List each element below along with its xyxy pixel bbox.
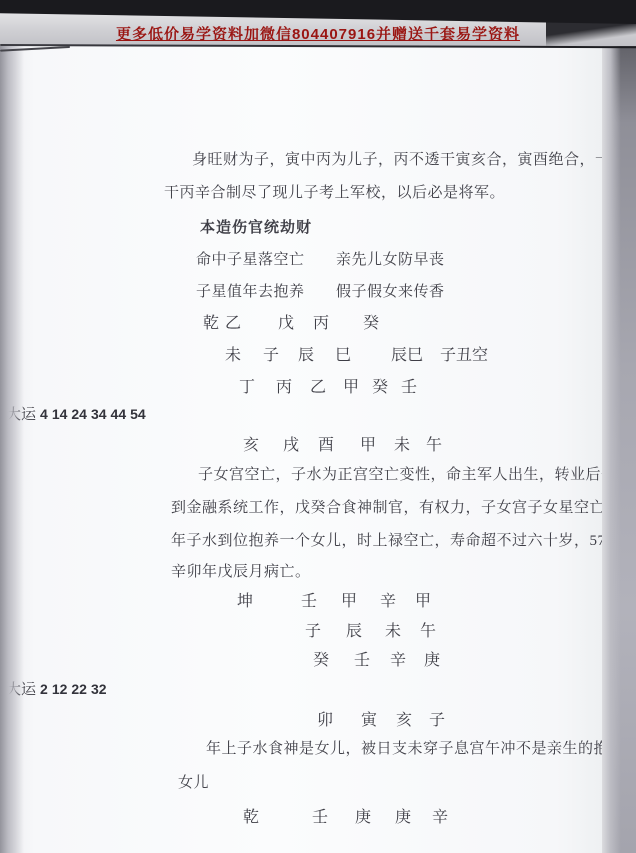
text-line: 女儿 xyxy=(178,771,209,792)
hidden-stem: 庚 xyxy=(424,647,440,670)
scan-background: 更多低价易学资料加微信804407916并赠送千套易学资料 身旺财为子，寅中丙为… xyxy=(0,0,636,853)
dayun-branch: 卯 xyxy=(317,707,333,730)
dayun-branch: 午 xyxy=(426,432,442,455)
chart2-hidden-stems-row: 癸 壬 辛 庚 xyxy=(6,647,604,669)
verse-line-2: 子星值年去抱养 假子假女来传香 xyxy=(6,280,604,302)
dayun-branch: 亥 xyxy=(396,707,412,730)
paragraph-3-line-1: 年上子水食神是女儿，被日支未穿子息宫午冲不是亲生的抱养 xyxy=(6,737,604,759)
dayun-age: 2 xyxy=(40,681,48,697)
dayun-age: 54 xyxy=(130,406,146,422)
dayun-branch: 子 xyxy=(429,707,445,730)
left-page-shadow xyxy=(0,46,24,853)
dayun-age: 12 xyxy=(52,681,68,697)
paragraph-3-line-2: 女儿 xyxy=(6,771,604,793)
pillar-stem: 辛 xyxy=(380,588,396,611)
dayun-age: 4 xyxy=(40,406,48,422)
dayun-branch: 寅 xyxy=(361,707,377,730)
pillar-branch: 辰 xyxy=(346,618,362,641)
chart2-dayun-branches-row: 卯 寅 亥 子 xyxy=(6,707,604,729)
pillar-stem: 癸 xyxy=(363,310,379,333)
pillar-stem: 庚 xyxy=(395,804,411,827)
paragraph-2-line-1: 子女宫空亡，子水为正宫空亡变性，命主军人出生，转业后分配 xyxy=(6,463,604,485)
dayun-branch: 未 xyxy=(394,432,410,455)
verse-title: 本造伤官统劫财 xyxy=(6,216,604,238)
hidden-stem: 丁 xyxy=(239,374,255,397)
chart2-dayun-row: 大运 2 12 22 32 xyxy=(6,678,604,700)
hidden-stem: 乙 xyxy=(310,374,326,397)
chart1-dayun-row: 大运 4 14 24 34 44 54 xyxy=(6,403,604,425)
top-right-shadow xyxy=(546,22,636,48)
verse-right: 亲先儿女防早丧 xyxy=(336,248,445,269)
hidden-stem: 癸 xyxy=(313,647,329,670)
hidden-stem: 辛 xyxy=(390,647,406,670)
text-line: 身旺财为子，寅中丙为儿子，丙不透干寅亥合，寅酉绝合，一透 xyxy=(192,148,626,169)
dayun-age: 24 xyxy=(71,406,87,422)
text-line: 本造伤官统劫财 xyxy=(200,216,312,237)
pillar-stem: 戊 xyxy=(278,310,294,333)
pillar-branch: 未 xyxy=(385,618,401,641)
verse-left: 命中子星落空亡 xyxy=(196,248,305,269)
dayun-branch: 亥 xyxy=(243,432,259,455)
dayun-age: 22 xyxy=(71,681,87,697)
paragraph-1-line-1: 身旺财为子，寅中丙为儿子，丙不透干寅亥合，寅酉绝合，一透 xyxy=(6,148,604,170)
pillar-stem: 乙 xyxy=(225,310,241,333)
verse-right: 假子假女来传香 xyxy=(336,280,445,301)
chart1-branches-row: 未 子 辰 巳 辰巳 子丑空 xyxy=(6,342,604,364)
chart1-hidden-stems-row: 丁 丙 乙 甲 癸 壬 xyxy=(6,374,604,396)
chart2-stems-row: 坤 壬 甲 辛 甲 xyxy=(6,588,604,610)
pillar-branch: 子 xyxy=(263,342,279,365)
kongwang-note: 辰巳 xyxy=(391,342,423,365)
dayun-age: 34 xyxy=(91,406,107,422)
right-book-edge xyxy=(602,42,636,853)
chart2-branches-row: 子 辰 未 午 xyxy=(6,618,604,640)
dayun-age: 44 xyxy=(111,406,127,422)
text-line: 子女宫空亡，子水为正宫空亡变性，命主军人出生，转业后分配 xyxy=(198,463,632,484)
pillar-stem: 辛 xyxy=(432,804,448,827)
pillar-stem: 甲 xyxy=(415,588,431,611)
paragraph-2-line-2: 到金融系统工作，戊癸合食神制官，有权力，子女宫子女星空亡，子 xyxy=(6,496,604,518)
verse-line-1: 命中子星落空亡 亲先儿女防早丧 xyxy=(6,248,604,270)
chart-gender-label: 乾 xyxy=(243,804,259,827)
text-line: 辛卯年戊辰月病亡。 xyxy=(171,560,311,581)
dayun-age: 14 xyxy=(52,406,68,422)
paragraph-2-line-4: 辛卯年戊辰月病亡。 xyxy=(6,560,604,582)
chart1-dayun-branches-row: 亥 戌 酉 甲 未 午 xyxy=(6,432,604,454)
pillar-branch: 巳 xyxy=(335,342,351,365)
verse-left: 子星值年去抱养 xyxy=(196,280,305,301)
dayun-age: 32 xyxy=(91,681,107,697)
text-line: 年子水到位抱养一个女儿，时上禄空亡，寿命超不过六十岁，57 岁 xyxy=(171,529,625,550)
text-line: 年上子水食神是女儿，被日支未穿子息宫午冲不是亲生的抱养 xyxy=(206,737,625,758)
text-line: 干丙辛合制尽了现儿子考上军校，以后必是将军。 xyxy=(164,181,505,202)
hidden-stem: 丙 xyxy=(276,374,292,397)
dayun-branch: 酉 xyxy=(318,432,334,455)
chart-gender-label: 坤 xyxy=(237,588,253,611)
hidden-stem: 癸 xyxy=(372,374,388,397)
pillar-stem: 庚 xyxy=(355,804,371,827)
pillar-stem: 丙 xyxy=(313,310,329,333)
scanned-page: 身旺财为子，寅中丙为儿子，丙不透干寅亥合，寅酉绝合，一透 干丙辛合制尽了现儿子考… xyxy=(6,46,604,853)
pillar-branch: 午 xyxy=(420,618,436,641)
dayun-branch: 戌 xyxy=(283,432,299,455)
chart3-stems-row: 乾 壬 庚 庚 辛 xyxy=(6,804,604,826)
pillar-stem: 壬 xyxy=(301,588,317,611)
pillar-stem: 甲 xyxy=(341,588,357,611)
hidden-stem: 壬 xyxy=(401,374,417,397)
chart1-stems-row: 乾 乙 戊 丙 癸 xyxy=(6,310,604,332)
pillar-branch: 未 xyxy=(225,342,241,365)
kongwang-note: 子丑空 xyxy=(440,342,488,365)
chart-gender-label: 乾 xyxy=(203,310,219,333)
pillar-branch: 辰 xyxy=(298,342,314,365)
hidden-stem: 壬 xyxy=(354,647,370,670)
promo-banner-text: 更多低价易学资料加微信804407916并赠送千套易学资料 xyxy=(0,23,636,44)
hidden-stem: 甲 xyxy=(343,374,359,397)
pillar-stem: 壬 xyxy=(312,804,328,827)
paragraph-2-line-3: 年子水到位抱养一个女儿，时上禄空亡，寿命超不过六十岁，57 岁 xyxy=(6,529,604,551)
dayun-branch: 甲 xyxy=(360,432,376,455)
paragraph-1-line-2: 干丙辛合制尽了现儿子考上军校，以后必是将军。 xyxy=(6,181,604,203)
pillar-branch: 子 xyxy=(305,618,321,641)
text-line: 到金融系统工作，戊癸合食神制官，有权力，子女宫子女星空亡，子 xyxy=(171,496,636,517)
